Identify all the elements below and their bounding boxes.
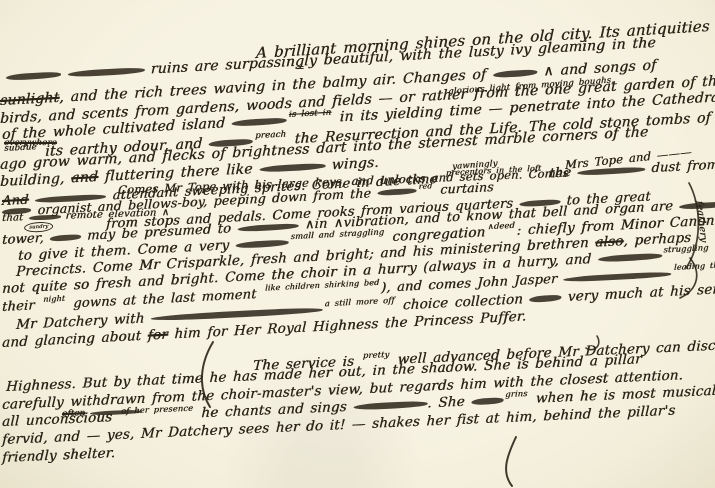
interline-insertion: preach bbox=[255, 129, 286, 141]
struck-out-word: sunlight bbox=[0, 90, 60, 109]
scratched-out-blot: ██████ bbox=[258, 163, 327, 173]
struck-insertion: is lost in bbox=[289, 107, 332, 119]
handwritten-text: the bbox=[543, 165, 578, 182]
handwritten-text: their bbox=[2, 298, 42, 315]
struck-out-word: and bbox=[71, 169, 98, 186]
interline-insertion: grins bbox=[505, 388, 528, 399]
interline-insertion: a still more off bbox=[325, 295, 395, 309]
handwritten-text: tower, bbox=[2, 231, 51, 248]
scratched-out-blot: ███ bbox=[528, 295, 563, 303]
scratched-out-blot: █████ bbox=[234, 239, 290, 248]
scratched-out-blot: █████ bbox=[230, 117, 288, 127]
interline-insertion: ∧deed bbox=[487, 220, 515, 231]
pen-flourish-descender-2 bbox=[506, 437, 516, 486]
interline-insertion: struggling bbox=[663, 242, 708, 254]
handwritten-text: . She bbox=[427, 393, 472, 411]
interline-insertion: subdue bbox=[4, 142, 37, 154]
interline-insertion: of her presence bbox=[121, 403, 194, 416]
interline-insertion: night bbox=[43, 294, 65, 304]
scratched-out-blot: ██ ████████ bbox=[562, 271, 673, 283]
handwritten-text: wings. bbox=[325, 155, 379, 174]
scratched-out-blot: ███ ███ bbox=[576, 167, 646, 177]
interline-insertion: pretty bbox=[363, 349, 390, 360]
interline-insertion: red bbox=[418, 181, 432, 191]
scratched-out-blot: ████ bbox=[376, 188, 418, 196]
handwritten-text bbox=[60, 66, 67, 82]
handwritten-text: curtains bbox=[434, 179, 494, 197]
handwritten-text: that bbox=[2, 212, 29, 224]
scratched-out-blot: ███████ bbox=[66, 67, 146, 78]
scratched-out-blot: █████ bbox=[4, 71, 62, 81]
manuscript-line: friendly shelter. bbox=[2, 447, 116, 465]
scratched-out-blot: ██████ bbox=[596, 253, 662, 263]
scratched-out-blot: ████ bbox=[27, 215, 61, 221]
handwritten-text: building, bbox=[0, 170, 71, 190]
handwritten-text: friendly shelter. bbox=[2, 445, 116, 466]
scratched-out-blot: ████ bbox=[491, 69, 538, 78]
manuscript-page: A brilliant morning shines on the old ci… bbox=[0, 0, 715, 488]
struck-out-word: also bbox=[595, 233, 624, 250]
struck-out-word: for bbox=[147, 327, 168, 344]
scratched-out-blot: ███ bbox=[470, 397, 505, 405]
scratched-out-blot: ███████ bbox=[352, 401, 429, 411]
scratched-out-blot: ███ bbox=[49, 234, 82, 242]
handwritten-text: at bbox=[710, 244, 715, 261]
